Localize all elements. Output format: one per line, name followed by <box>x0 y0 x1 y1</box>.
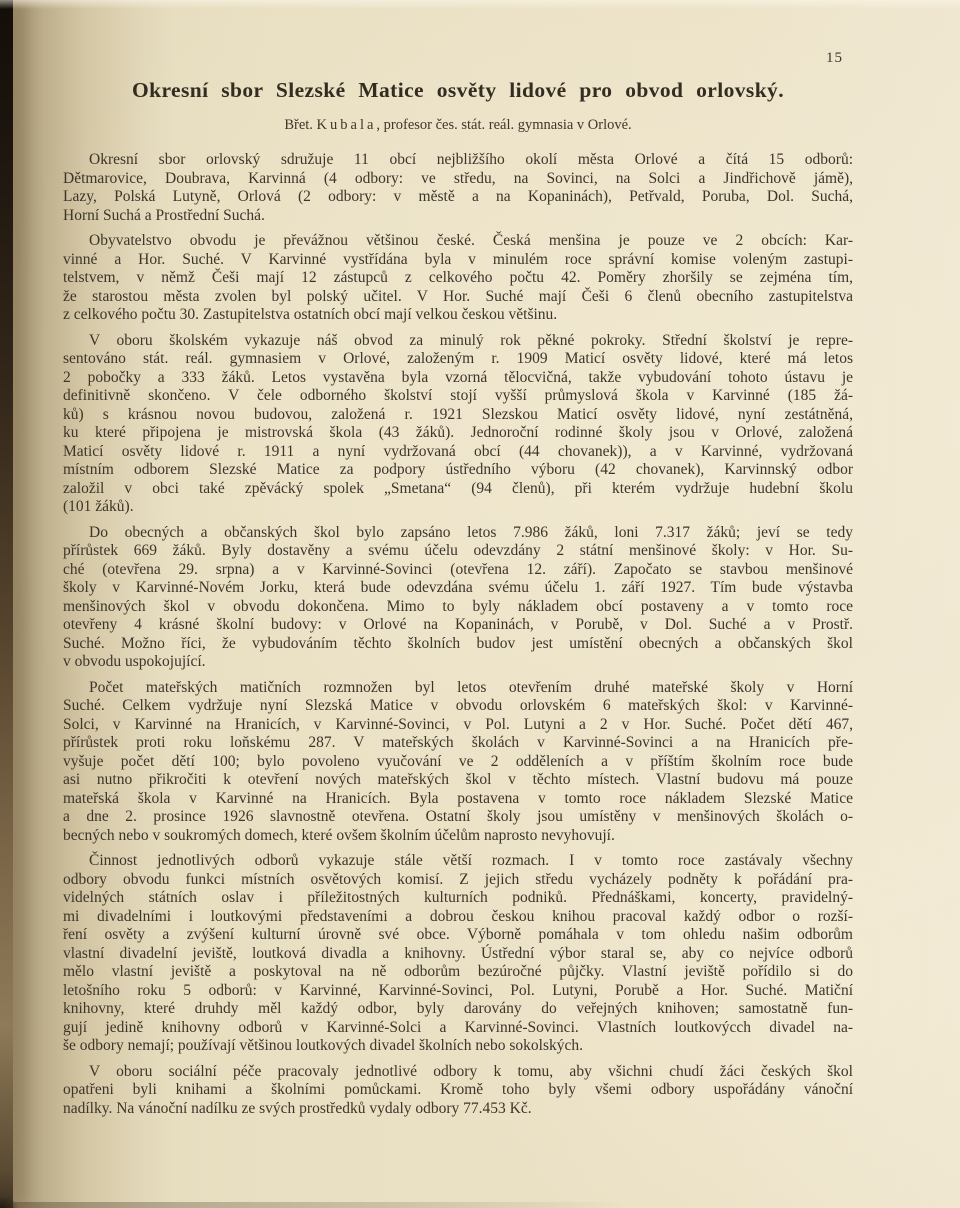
page-top-edge <box>0 0 960 9</box>
book-gutter-edge <box>0 0 13 1208</box>
text-line: sentováno stát. reál. gymnasiem v Orlové… <box>63 350 853 369</box>
text-line: mateřská škola v Karvinné na Hranicích. … <box>63 790 853 809</box>
paragraph: Okresní sbor orlovský sdružuje 11 obcí n… <box>63 151 853 225</box>
text-line: místním odborem Slezské Matice za podpor… <box>63 461 853 480</box>
text-line: definitivně skončeno. V čele odborného š… <box>63 387 853 406</box>
text-line: Maticí osvěty lidové r. 1911 a nyní vydr… <box>63 443 853 462</box>
paragraph: Do obecných a občanských škol bylo zapsá… <box>63 524 853 672</box>
byline-author-name: Kubala <box>317 117 377 133</box>
page-bottom-edge <box>6 1202 697 1208</box>
text-line: vinné a Hor. Suché. V Karvinné vystřídán… <box>63 251 853 270</box>
article-body: Okresní sbor orlovský sdružuje 11 obcí n… <box>63 151 853 1118</box>
scanned-book-page: 15 Okresní sbor Slezské Matice osvěty li… <box>0 0 960 1208</box>
byline: Břet. Kubala, profesor čes. stát. reál. … <box>63 117 853 134</box>
text-line: knihovny, které druhdy měl každý odbor, … <box>63 1000 853 1019</box>
text-line: Solci, v Karvinné na Hranicích, v Karvin… <box>63 716 853 735</box>
text-line: gují jedině knihovny odborů v Karvinné-S… <box>63 1019 853 1038</box>
paragraph: Činnost jednotlivých odborů vykazuje stá… <box>63 852 853 1056</box>
text-line: otevřeny 4 krásné školní budovy: v Orlov… <box>63 616 853 635</box>
text-line: ření osvěty a zvýšení kulturní úrovně sv… <box>63 926 853 945</box>
paragraph: Obyvatelstvo obvodu je převážnou většino… <box>63 232 853 325</box>
text-line: letošního roku 5 odborů: v Karvinné, Kar… <box>63 982 853 1001</box>
text-line: 2 pobočky a 333 žáků. Letos vystavěna by… <box>63 369 853 388</box>
text-line: Obyvatelstvo obvodu je převážnou většino… <box>63 232 853 251</box>
text-line: založil v obci také zpěvácký spolek „Sme… <box>63 480 853 499</box>
text-line: z celkového počtu 30. Zastupitelstva ost… <box>63 306 853 325</box>
text-line: še odbory nemají; používají většinou lou… <box>63 1037 853 1056</box>
text-line: Lazy, Polská Lutyně, Orlová (2 odbory: v… <box>63 188 853 207</box>
text-line: videlných státních oslav i příležitostný… <box>63 889 853 908</box>
text-line: Do obecných a občanských škol bylo zapsá… <box>63 524 853 543</box>
byline-suffix: , profesor čes. stát. reál. gymnasia v O… <box>376 117 631 133</box>
text-line: školy v Karvinné-Novém Jorku, která bude… <box>63 579 853 598</box>
text-line: V oboru školském vykazuje náš obvod za m… <box>63 332 853 351</box>
text-line: (101 žáků). <box>63 498 853 517</box>
text-line: odbory obvodu funkci místních osvětových… <box>63 871 853 890</box>
text-line: mělo vlastní jeviště a poskytoval na ně … <box>63 963 853 982</box>
text-line: Počet mateřských matičních rozmnožen byl… <box>63 679 853 698</box>
byline-prefix: Břet. <box>284 117 316 133</box>
paragraph: V oboru školském vykazuje náš obvod za m… <box>63 332 853 517</box>
text-line: mi divadelními i loutkovými představením… <box>63 908 853 927</box>
text-line: Suché. Celkem vydržuje nyní Slezská Mati… <box>63 697 853 716</box>
text-line: becných nebo v soukromých domech, které … <box>63 827 853 846</box>
text-line: vyšuje počet dětí 100; bylo povoleno vyu… <box>63 753 853 772</box>
page-number: 15 <box>826 50 843 67</box>
paragraph: Počet mateřských matičních rozmnožen byl… <box>63 679 853 846</box>
page-title: Okresní sbor Slezské Matice osvěty lidov… <box>63 78 853 103</box>
text-line: Horní Suchá a Prostřední Suchá. <box>63 207 853 226</box>
text-line: telstvem, v němž Češi mají 12 zástupců z… <box>63 269 853 288</box>
text-line: menšinových škol v obvodu dokončena. Mim… <box>63 598 853 617</box>
bottom-left-scan-blot <box>0 1192 26 1208</box>
text-line: přírůstek proti roku loňskému 287. V mat… <box>63 734 853 753</box>
text-line: že starostou města zvolen byl polský uči… <box>63 288 853 307</box>
text-line: a dne 2. prosince 1926 slavnostně otevře… <box>63 808 853 827</box>
paragraph: V oboru sociální péče pracovaly jednotli… <box>63 1063 853 1119</box>
text-line: přírůstek 669 žáků. Byly dostavěny a své… <box>63 542 853 561</box>
text-line: vlastní divadelní jeviště, loutková diva… <box>63 945 853 964</box>
text-line: nadílky. Na vánoční nadílku ze svých pro… <box>63 1100 853 1119</box>
text-line: Činnost jednotlivých odborů vykazuje stá… <box>63 852 853 871</box>
text-line: Suché. Možno říci, že vybudováním těchto… <box>63 635 853 654</box>
text-line: opatřeni byli knihami a školními pomůcka… <box>63 1081 853 1100</box>
text-line: v obvodu uspokojující. <box>63 653 853 672</box>
text-line: V oboru sociální péče pracovaly jednotli… <box>63 1063 853 1082</box>
text-line: Okresní sbor orlovský sdružuje 11 obcí n… <box>63 151 853 170</box>
text-line: ků) s krásnou novou budovou, založená r.… <box>63 406 853 425</box>
text-line: ché (otevřena 29. srpna) a v Karvinné-So… <box>63 561 853 580</box>
text-line: asi nutno přikročiti k otevření nových m… <box>63 771 853 790</box>
text-line: ku které připojena je mistrovská škola (… <box>63 424 853 443</box>
text-line: Dětmarovice, Doubrava, Karvinná (4 odbor… <box>63 170 853 189</box>
